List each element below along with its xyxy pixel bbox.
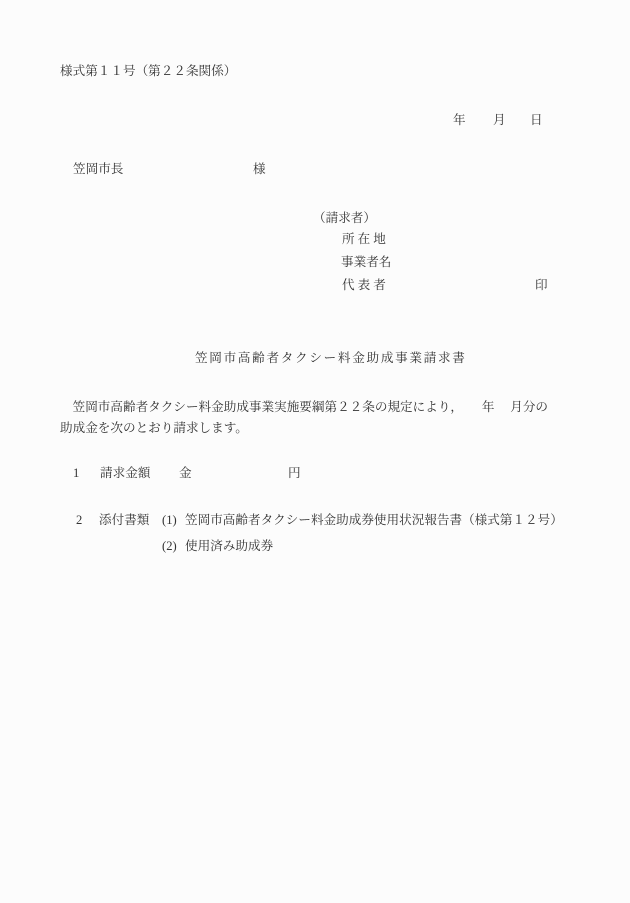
body-paragraph-line1: 笠岡市高齢者タクシー料金助成事業実施要綱第２２条の規定により， 年 月分の: [60, 400, 548, 416]
item2-number: 2: [76, 513, 82, 529]
seal-mark: 印: [535, 278, 548, 294]
amount-prefix: 金: [179, 466, 192, 482]
addressee-honorific: 様: [253, 162, 266, 178]
document-page: 様式第１１号（第２２条関係） 年 月 日 笠岡市長 様 （請求者） 所在地 事業…: [0, 0, 630, 903]
requester-heading: （請求者）: [313, 211, 376, 227]
requester-representative-label: 代表者: [342, 278, 389, 294]
attachment1-number: (1): [162, 513, 177, 529]
date-month-label: 月: [493, 113, 506, 129]
item2-label: 添付書類: [99, 513, 149, 529]
amount-suffix: 円: [288, 466, 301, 482]
attachment2-number: (2): [162, 539, 177, 555]
addressee-name: 笠岡市長: [73, 162, 123, 178]
requester-business-name-label: 事業者名: [341, 255, 391, 271]
date-year-label: 年: [453, 113, 466, 129]
date-day-label: 日: [530, 113, 543, 129]
requester-address-label: 所在地: [342, 232, 389, 248]
attachment2-text: 使用済み助成券: [185, 539, 273, 555]
document-title: 笠岡市高齢者タクシー料金助成事業請求書: [195, 351, 467, 367]
form-number: 様式第１１号（第２２条関係）: [60, 64, 236, 80]
attachment1-text: 笠岡市高齢者タクシー料金助成券使用状況報告書（様式第１２号）: [185, 513, 563, 529]
item1-number: 1: [73, 466, 79, 482]
item1-label: 請求金額: [100, 466, 150, 482]
body-paragraph-line2: 助成金を次のとおり請求します。: [60, 421, 248, 437]
